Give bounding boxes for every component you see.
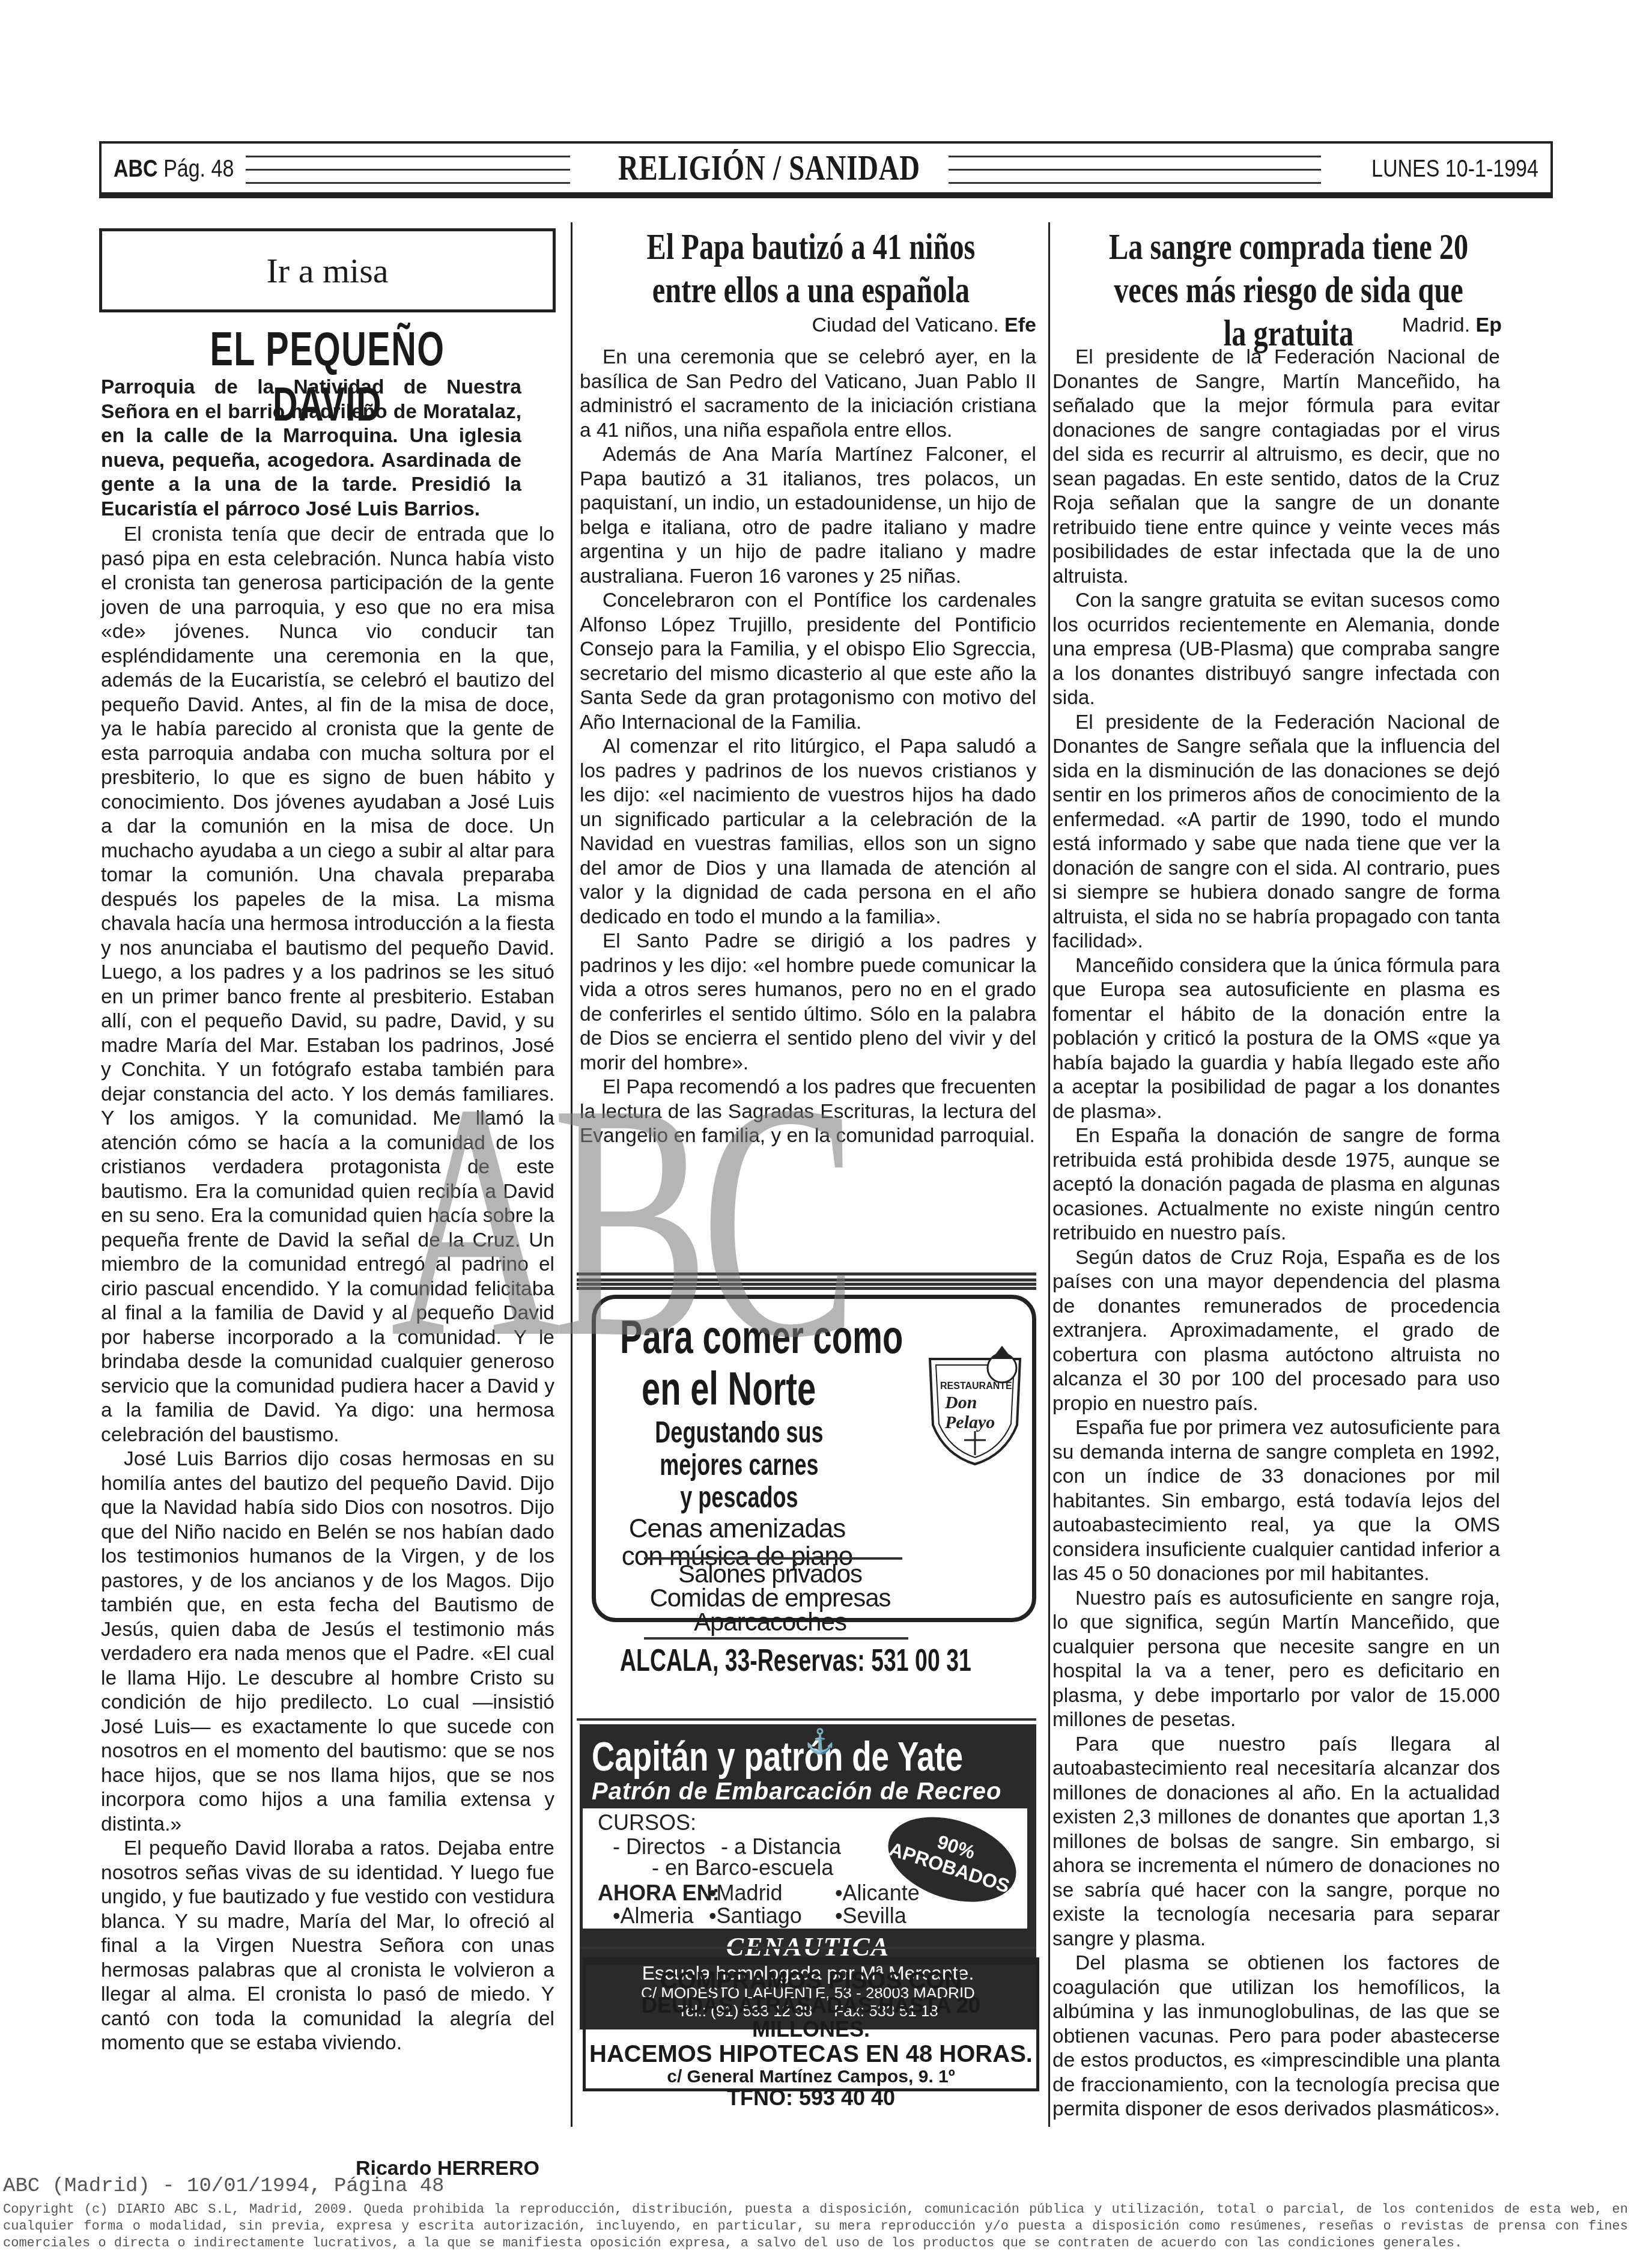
issue-date: LUNES 10-1-1994 [1371, 156, 1538, 183]
ad-text: y pescados [644, 1481, 834, 1513]
page-number: Pág. 48 [163, 156, 234, 182]
ad-text: Comidas de empresas [644, 1586, 896, 1610]
paragraph: Concelebraron con el Pontífice los carde… [580, 589, 1036, 735]
ad-text: - en Barco-escuela [652, 1856, 833, 1879]
source-line: ABC (Madrid) - 10/01/1994, Página 48 [0, 2175, 1652, 2198]
paragraph: Con la sangre gratuita se evitan sucesos… [1052, 589, 1500, 711]
paragraph: El pequeño David lloraba a ratos. Dejaba… [101, 1837, 554, 2056]
ad-text: DEUDAS ATRASADAS HASTA 20 MILLONES. [586, 1993, 1036, 2042]
ad-rule [577, 1283, 1036, 1286]
property-ad: COMPRAMOS PISOS CON DEUDAS ATRASADAS HAS… [583, 1957, 1039, 2091]
ad-courses-panel: CURSOS: - Directos - a Distancia - en Ba… [583, 1808, 1027, 1929]
ad-text: CURSOS: [598, 1811, 696, 1834]
ad-text: Cenas amenizadas [617, 1515, 857, 1543]
dateline-agency: Efe [1004, 314, 1036, 336]
ad-text: •Alicante [835, 1882, 920, 1905]
svg-text:RESTAURANTE: RESTAURANTE [940, 1381, 1012, 1391]
page-header: ABC Pág. 48 RELIGIÓN / SANIDAD LUNES 10-… [99, 141, 1553, 198]
paragraph: El presidente de la Federación Nacional … [1052, 345, 1500, 589]
svg-text:Don: Don [944, 1393, 977, 1412]
kicker-box: Ir a misa [99, 228, 556, 312]
anchor-icon: ⚓ [805, 1727, 835, 1756]
brand-name: ABC [114, 156, 158, 182]
article-lead: Parroquia de la Natividad de Nuestra Señ… [101, 375, 521, 521]
ad-rule [577, 1287, 1036, 1290]
ad-text: mejores carnes [644, 1449, 834, 1481]
header-rule [949, 182, 1321, 184]
ad-title: Capitán y patrón de Yate [592, 1733, 963, 1780]
ad-subtitle: Patrón de Embarcación de Recreo [592, 1778, 1001, 1805]
header-rule [246, 182, 570, 184]
dateline-place: Ciudad del Vaticano. [812, 314, 998, 336]
dateline-agency: Ep [1476, 314, 1502, 336]
dateline: Madrid. Ep [1057, 314, 1502, 337]
paragraph: Para que nuestro país llegara al autoaba… [1052, 1733, 1500, 1952]
header-rule [949, 169, 1321, 171]
ad-text: Salones privados [644, 1562, 896, 1586]
paragraph: Nuestro país es autosuficiente en sangre… [1052, 1587, 1500, 1733]
paragraph: En España la donación de sangre de forma… [1052, 1124, 1500, 1246]
ad-text: AHORA EN: [598, 1882, 720, 1905]
paragraph: José Luis Barrios dijo cosas hermosas en… [101, 1447, 554, 1837]
ad-rule [644, 1637, 908, 1640]
ad-headline-line: en el Norte [620, 1363, 903, 1414]
ad-text: HACEMOS HIPOTECAS EN 48 HORAS. [586, 2042, 1036, 2067]
ad-text: •Almeria [613, 1905, 694, 1927]
paragraph: El presidente de la Federación Nacional … [1052, 711, 1500, 954]
ad-text: •Santiago [709, 1905, 802, 1927]
article-body: El cronista tenía que decir de entrada q… [101, 523, 554, 2056]
ad-rule [577, 1278, 1036, 1281]
copyright-notice: Copyright (c) DIARIO ABC S.L, Madrid, 20… [0, 2198, 1652, 2252]
header-brand-page: ABC Pág. 48 [114, 156, 234, 183]
ad-headline: Para comer como en el Norte [620, 1311, 903, 1414]
header-rule [246, 156, 570, 157]
ad-rule [577, 1272, 1036, 1275]
header-rule [246, 169, 570, 171]
paragraph: El cronista tenía que decir de entrada q… [101, 523, 554, 1447]
ad-phone: TFNO: 593 40 40 [586, 2087, 1036, 2109]
restaurant-ad: Para comer como en el Norte Degustando s… [592, 1295, 1036, 1622]
paragraph: El Papa recomendó a los padres que frecu… [580, 1075, 1036, 1149]
ad-address: ALCALA, 33-Reservas: 531 00 31 [620, 1643, 971, 1679]
ad-rule [577, 1718, 1036, 1721]
article-headline: El Papa bautizó a 41 niños entre ellos a… [628, 225, 994, 312]
ad-text: COMPRAMOS PISOS CON [586, 1968, 1036, 1993]
article-body: En una ceremonia que se celebró ayer, en… [580, 345, 1036, 1149]
section-title: RELIGIÓN / SANIDAD [618, 147, 920, 189]
dateline-place: Madrid. [1402, 314, 1470, 336]
ad-text: Degustando sus [644, 1416, 834, 1449]
ad-services: Salones privados Comidas de empresas Apa… [644, 1562, 896, 1634]
ad-subheadline: Degustando sus mejores carnes y pescados [644, 1416, 834, 1513]
paragraph: Del plasma se obtienen los factores de c… [1052, 1951, 1500, 2122]
header-rule [949, 156, 1321, 157]
ad-rule [580, 1947, 1036, 1949]
paragraph: En una ceremonia que se celebró ayer, en… [580, 345, 1036, 443]
ad-text: •Sevilla [835, 1905, 906, 1927]
svg-text:Pelayo: Pelayo [944, 1412, 995, 1432]
paragraph: Además de Ana María Martínez Falconer, e… [580, 443, 1036, 589]
ad-headline-line: Para comer como [620, 1311, 903, 1363]
paragraph: España fue por primera vez autosuficient… [1052, 1416, 1500, 1587]
paragraph: El Santo Padre se dirigió a los padres y… [580, 929, 1036, 1075]
paragraph: Manceñido considera que la única fórmula… [1052, 954, 1500, 1125]
ad-text: c/ General Martínez Campos, 9. 1º [586, 2067, 1036, 2087]
ad-text: Aparcacoches [644, 1610, 896, 1634]
paragraph: Según datos de Cruz Roja, España es de l… [1052, 1246, 1500, 1417]
article-body: El presidente de la Federación Nacional … [1052, 345, 1500, 2122]
column-divider [571, 222, 572, 2127]
ad-text: •Madrid [709, 1882, 783, 1905]
dateline: Ciudad del Vaticano. Efe [580, 314, 1036, 337]
paragraph: Al comenzar el rito litúrgico, el Papa s… [580, 735, 1036, 929]
knight-shield-icon: RESTAURANTE Don Pelayo [927, 1341, 1023, 1467]
page-footer: ABC (Madrid) - 10/01/1994, Página 48 Cop… [0, 2175, 1652, 2252]
column-divider [1048, 222, 1050, 2127]
kicker-label: Ir a misa [267, 251, 389, 291]
